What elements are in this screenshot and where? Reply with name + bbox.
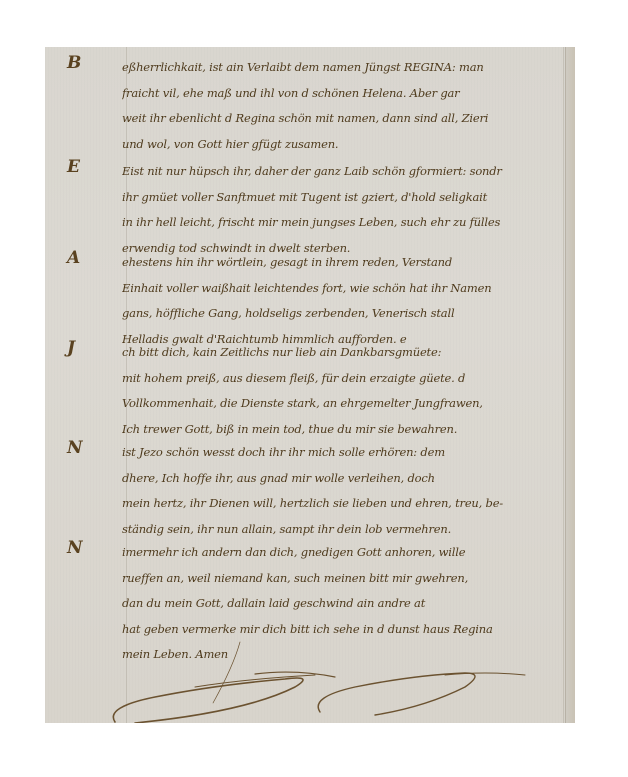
manuscript-page: B eßherrlichkait, ist ain Verlaibt dem n… (45, 47, 575, 723)
page-canvas: B eßherrlichkait, ist ain Verlaibt dem n… (0, 0, 628, 777)
signature-flourish (45, 47, 575, 723)
